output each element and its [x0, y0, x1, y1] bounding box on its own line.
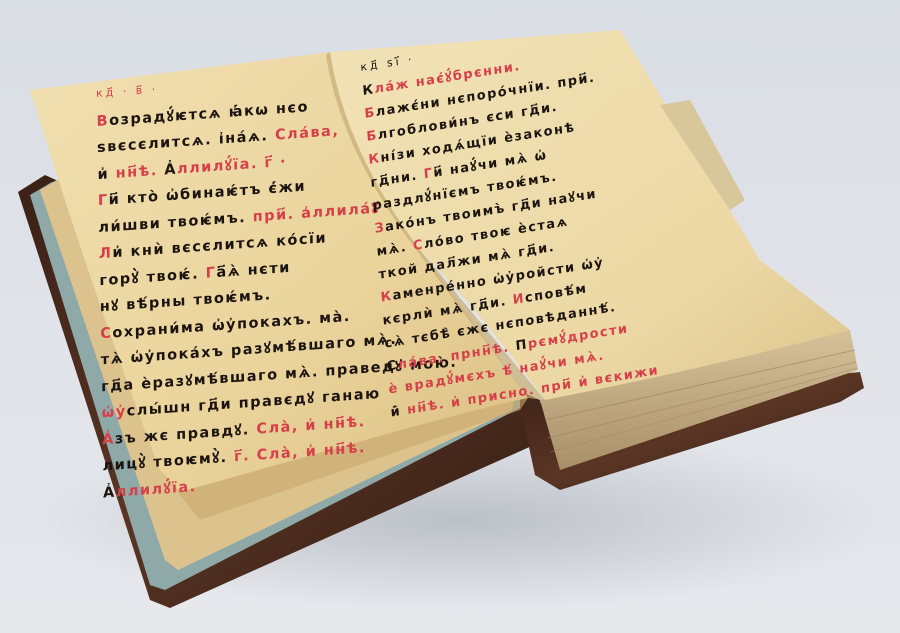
right-page-text: кд҃ ѕі҃ · Кла́ж нає́ꙋ́брєнни. Блажє́ни н…	[360, 19, 661, 429]
photo-scene: кд҃ · в҃ · Возрадꙋ́ѥтсѧ ꙗ҆́кѡ нєо ѕвєсєл…	[0, 0, 900, 633]
